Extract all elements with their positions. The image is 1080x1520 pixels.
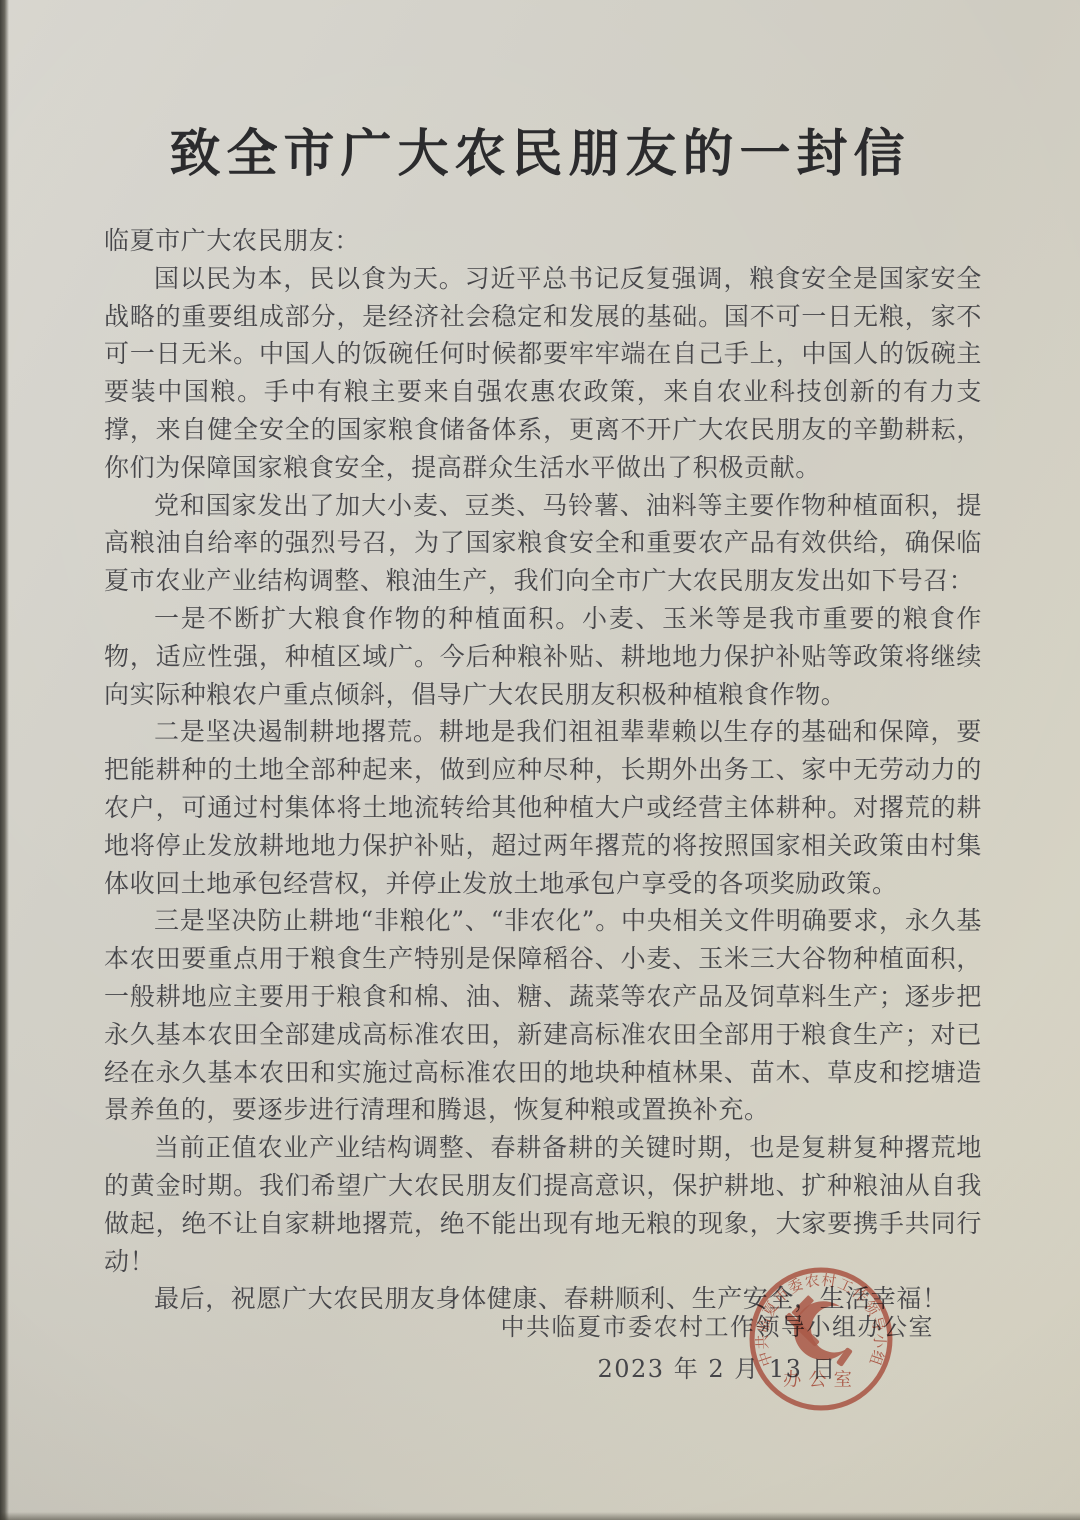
salutation: 临夏市广大农民朋友： — [104, 222, 982, 260]
paragraph-point-1: 一是不断扩大粮食作物的种植面积。小麦、玉米等是我市重要的粮食作物，适应性强，种植… — [104, 600, 982, 713]
hammer-and-sickle-icon — [784, 1295, 853, 1367]
paragraph-call: 党和国家发出了加大小麦、豆类、马铃薯、油料等主要作物种植面积，提高粮油自给率的强… — [104, 487, 982, 600]
paragraph-current-period: 当前正值农业产业结构调整、春耕备耕的关键时期，也是复耕复种撂荒地的黄金时期。我们… — [104, 1129, 982, 1280]
paragraph-intro: 国以民为本，民以食为天。习近平总书记反复强调，粮食安全是国家安全战略的重要组成部… — [104, 260, 982, 487]
official-stamp: 中共临夏市委农村工作领导小组 办公室 — [748, 1266, 894, 1412]
paragraph-point-2: 二是坚决遏制耕地撂荒。耕地是我们祖祖辈辈赖以生存的基础和保障，要把能耕种的土地全… — [104, 713, 982, 902]
stamp-office-text: 办公室 — [783, 1370, 859, 1391]
letter-body: 临夏市广大农民朋友： 国以民为本，民以食为天。习近平总书记反复强调，粮食安全是国… — [104, 222, 982, 1318]
paragraph-point-3: 三是坚决防止耕地“非粮化”、“非农化”。中央相关文件明确要求，永久基本农田要重点… — [104, 902, 982, 1129]
letter-photo: 致全市广大农民朋友的一封信 临夏市广大农民朋友： 国以民为本，民以食为天。习近平… — [0, 0, 1080, 1520]
photo-bottom-edge — [0, 1512, 1080, 1520]
photo-left-edge — [0, 0, 9, 1520]
letter-title: 致全市广大农民朋友的一封信 — [0, 112, 1080, 186]
